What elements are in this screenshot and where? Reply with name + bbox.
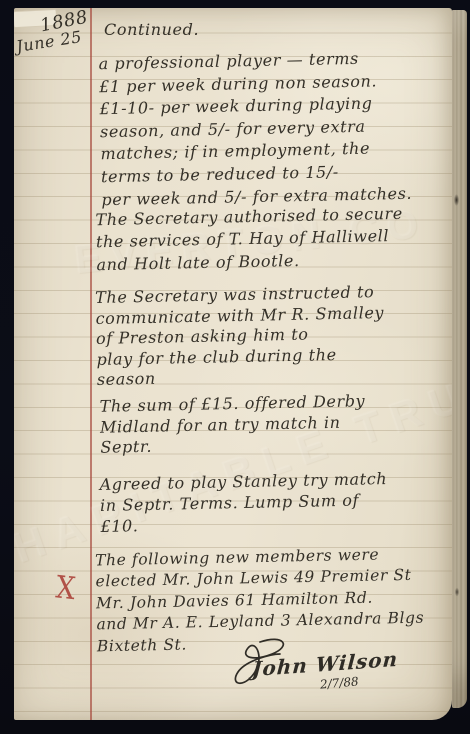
entry-heading: Continued.	[104, 20, 199, 39]
ink-smudge	[453, 192, 460, 208]
paragraph-player-terms: a professional player — terms£1 per week…	[98, 47, 412, 212]
paragraph-smalley: The Secretary was instructed tocommunica…	[95, 282, 386, 391]
signature-date: 2/7/88	[319, 674, 359, 691]
paragraph-stanley-match: Agreed to play Stanley try matchin Septr…	[99, 468, 388, 537]
ink-smudge-small	[454, 586, 460, 598]
red-margin-line	[90, 8, 92, 720]
paragraph-secretary-secure: The Secretary authorised to securethe se…	[95, 203, 404, 277]
page-stack-edge	[452, 10, 467, 708]
signature-block: John Wilson 2/7/88	[214, 632, 404, 698]
document-photo: EVERTON CO CHARITABLE TRUST 1888 June 25…	[0, 0, 470, 734]
paragraph-derby-midland: The sum of £15. offered DerbyMidland for…	[99, 391, 366, 458]
red-cross-mark: X	[54, 570, 77, 607]
ledger-page: EVERTON CO CHARITABLE TRUST 1888 June 25…	[14, 8, 452, 720]
